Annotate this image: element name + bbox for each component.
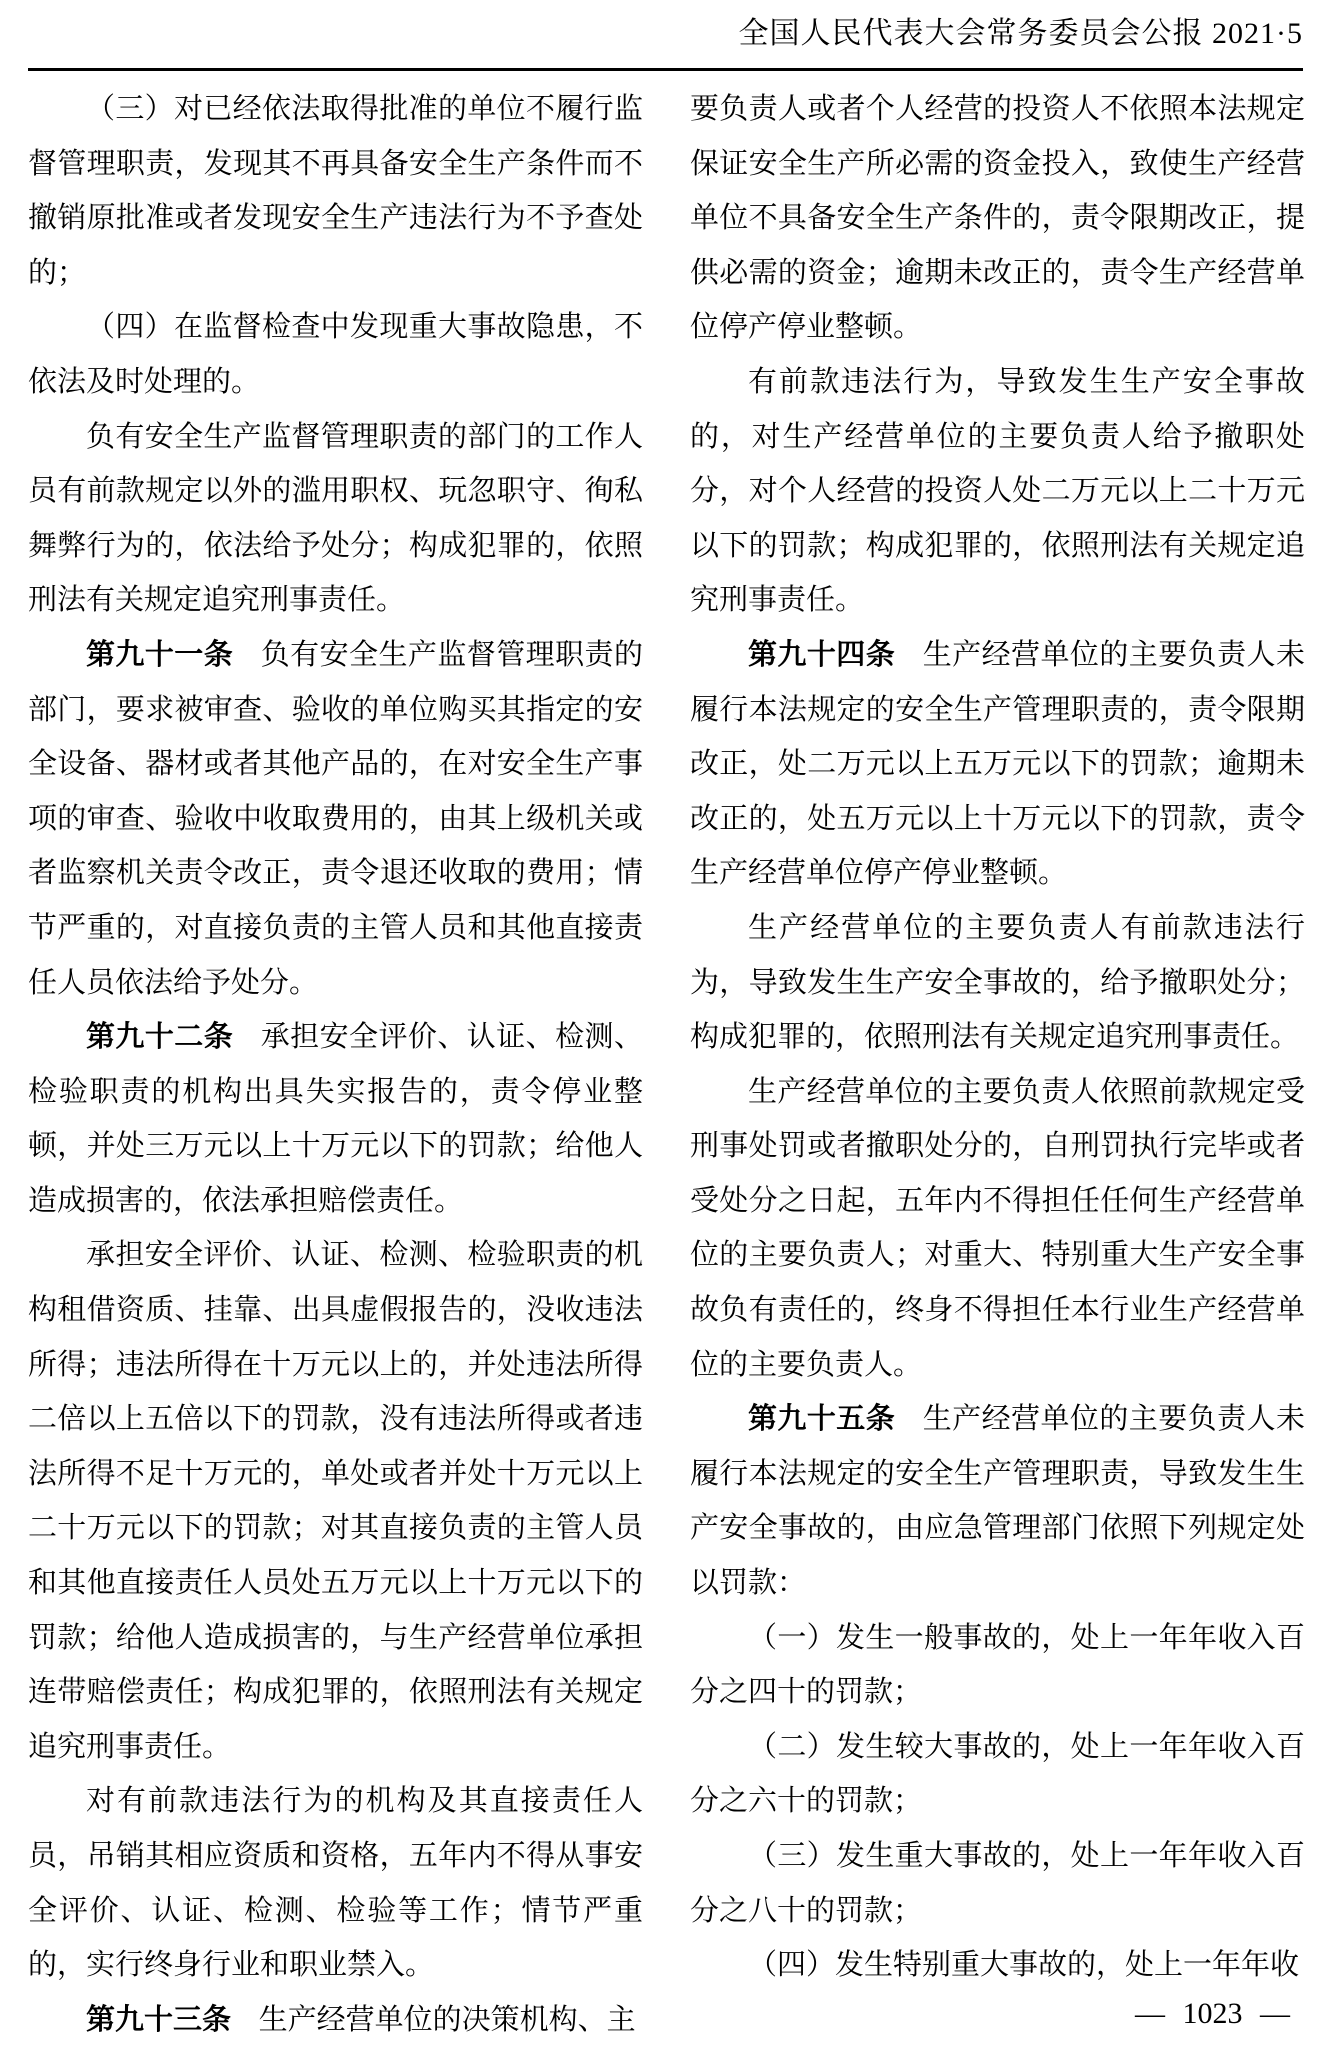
- paragraph: 生产经营单位的主要负责人有前款违法行为，导致发生生产安全事故的，给予撤职处分；构…: [690, 901, 1305, 1065]
- paragraph-text: （二）发生较大事故的，处上一年年收入百分之六十的罚款；: [690, 1731, 1305, 1818]
- paragraph-item-1: （一）发生一般事故的，处上一年年收入百分之四十的罚款；: [690, 1611, 1305, 1720]
- paragraph-text: 生产经营单位的主要负责人未履行本法规定的安全生产管理职责的，责令限期改正，处二万…: [690, 639, 1305, 889]
- page-number: — 1023 —: [1135, 1996, 1290, 2032]
- page-body: （三）对已经依法取得批准的单位不履行监督管理职责，发现其不再具备安全生产条件而不…: [0, 71, 1335, 2047]
- paragraph-text: 负有安全生产监督管理职责的部门，要求被审查、验收的单位购买其指定的安全设备、器材…: [28, 639, 643, 999]
- paragraph-item-3: （三）发生重大事故的，处上一年年收入百分之八十的罚款；: [690, 1829, 1305, 1938]
- paragraph: 有前款违法行为，导致发生生产安全事故的，对生产经营单位的主要负责人给予撤职处分，…: [690, 355, 1305, 628]
- paragraph-item-4: （四）发生特别重大事故的，处上一年年收: [690, 1938, 1305, 1993]
- paragraph-text: （一）发生一般事故的，处上一年年收入百分之四十的罚款；: [690, 1622, 1305, 1709]
- left-column: （三）对已经依法取得批准的单位不履行监督管理职责，发现其不再具备安全生产条件而不…: [28, 82, 643, 2047]
- paragraph-article-91: 第九十一条负有安全生产监督管理职责的部门，要求被审查、验收的单位购买其指定的安全…: [28, 628, 643, 1010]
- article-number: 第九十二条: [86, 1021, 233, 1053]
- paragraph-article-92: 第九十二条承担安全评价、认证、检测、检验职责的机构出具失实报告的，责令停业整顿，…: [28, 1010, 643, 1228]
- paragraph-text: 生产经营单位的主要负责人依照前款规定受刑事处罚或者撤职处分的，自刑罚执行完毕或者…: [690, 1076, 1305, 1381]
- paragraph: 负有安全生产监督管理职责的部门的工作人员有前款规定以外的滥用职权、玩忽职守、徇私…: [28, 410, 643, 628]
- paragraph-article-93: 第九十三条生产经营单位的决策机构、主: [28, 1993, 643, 2048]
- paragraph-text: （四）发生特别重大事故的，处上一年年收: [748, 1949, 1299, 1981]
- paragraph-item-2: （二）发生较大事故的，处上一年年收入百分之六十的罚款；: [690, 1720, 1305, 1829]
- article-number: 第九十五条: [748, 1403, 895, 1435]
- paragraph-text: （三）发生重大事故的，处上一年年收入百分之八十的罚款；: [690, 1840, 1305, 1927]
- paragraph: （四）在监督检查中发现重大事故隐患，不依法及时处理的。: [28, 300, 643, 409]
- paragraph: 承担安全评价、认证、检测、检验职责的机构租借资质、挂靠、出具虚假报告的，没收违法…: [28, 1228, 643, 1774]
- paragraph-text: （三）对已经依法取得批准的单位不履行监督管理职责，发现其不再具备安全生产条件而不…: [28, 93, 643, 289]
- paragraph-text: 负有安全生产监督管理职责的部门的工作人员有前款规定以外的滥用职权、玩忽职守、徇私…: [28, 421, 643, 617]
- paragraph: （三）对已经依法取得批准的单位不履行监督管理职责，发现其不再具备安全生产条件而不…: [28, 82, 643, 300]
- article-number: 第九十三条: [86, 2004, 231, 2036]
- paragraph-text: 对有前款违法行为的机构及其直接责任人员，吊销其相应资质和资格，五年内不得从事安全…: [28, 1785, 643, 1981]
- article-number: 第九十四条: [748, 639, 895, 671]
- paragraph-article-94: 第九十四条生产经营单位的主要负责人未履行本法规定的安全生产管理职责的，责令限期改…: [690, 628, 1305, 901]
- article-number: 第九十一条: [86, 639, 233, 671]
- paragraph-text: 有前款违法行为，导致发生生产安全事故的，对生产经营单位的主要负责人给予撤职处分，…: [690, 366, 1305, 616]
- paragraph-text: 承担安全评价、认证、检测、检验职责的机构租借资质、挂靠、出具虚假报告的，没收违法…: [28, 1239, 643, 1762]
- paragraph-continuation: 要负责人或者个人经营的投资人不依照本法规定保证安全生产所必需的资金投入，致使生产…: [690, 82, 1305, 355]
- paragraph-text: 要负责人或者个人经营的投资人不依照本法规定保证安全生产所必需的资金投入，致使生产…: [690, 93, 1305, 343]
- right-column: 要负责人或者个人经营的投资人不依照本法规定保证安全生产所必需的资金投入，致使生产…: [690, 82, 1305, 2047]
- paragraph: 生产经营单位的主要负责人依照前款规定受刑事处罚或者撤职处分的，自刑罚执行完毕或者…: [690, 1065, 1305, 1393]
- gazette-page: { "header": { "title": "全国人民代表大会常务委员会公报 …: [0, 0, 1335, 2055]
- paragraph: 对有前款违法行为的机构及其直接责任人员，吊销其相应资质和资格，五年内不得从事安全…: [28, 1774, 643, 1992]
- paragraph-text: （四）在监督检查中发现重大事故隐患，不依法及时处理的。: [28, 311, 643, 398]
- paragraph-text: 生产经营单位的主要负责人有前款违法行为，导致发生生产安全事故的，给予撤职处分；构…: [690, 912, 1305, 1053]
- paragraph-article-95: 第九十五条生产经营单位的主要负责人未履行本法规定的安全生产管理职责，导致发生生产…: [690, 1392, 1305, 1610]
- paragraph-text: 生产经营单位的决策机构、主: [259, 2004, 636, 2036]
- page-header-title: 全国人民代表大会常务委员会公报 2021·5: [0, 0, 1335, 54]
